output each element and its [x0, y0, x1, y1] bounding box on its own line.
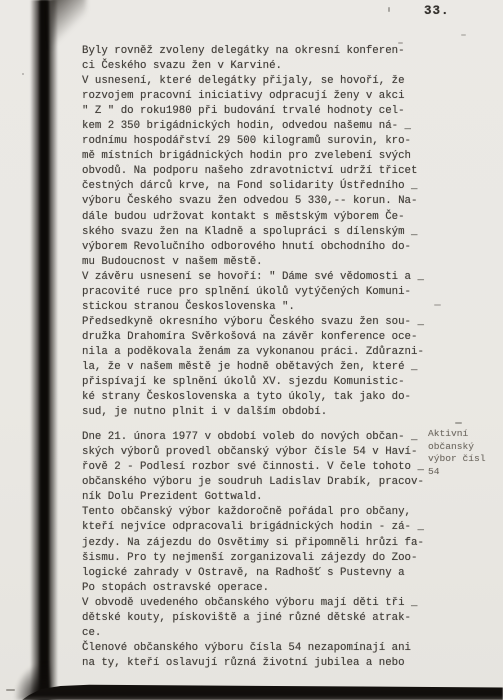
- text-line: kem 2 350 brigádnických hodin, odvedou n…: [82, 119, 434, 134]
- text-line: V závěru usnesení se hovoří: " Dáme své …: [82, 270, 434, 285]
- text-line: přispívají ke splnění úkolů XV. sjezdu K…: [82, 375, 434, 390]
- text-line: Po stopách ostravské operace.: [82, 581, 434, 596]
- text-line: rodnímu hospodářství 29 500 kilogramů su…: [82, 134, 434, 149]
- text-line: ké strany Československa a tyto úkoly, t…: [82, 390, 434, 405]
- scan-speck: [434, 304, 441, 306]
- text-line: sud, je nutno plnit i v dalším období.: [82, 405, 434, 420]
- text-line: la, že v našem městě je hodně obětavých …: [82, 360, 434, 375]
- text-line: jezdy. Na zájezdu do Osvětimy si připomn…: [82, 536, 434, 551]
- text-line: " Z " do roku1980 při budování trvalé ho…: [82, 104, 434, 119]
- text-line: ci Českého svazu žen v Karviné.: [82, 59, 434, 74]
- margin-annotation: Aktivníobčanskývýbor čísl54: [428, 428, 486, 479]
- text-line: ník Dolu Prezident Gottwald.: [82, 490, 434, 505]
- scan-speck: [461, 34, 466, 36]
- text-line: výboru Českého svazu žen odvedou 5 330,-…: [82, 194, 434, 209]
- text-line: V obvodě uvedeného občanského výboru maj…: [82, 596, 434, 611]
- binding-shadow-core: [40, 0, 49, 700]
- text-line: družka Drahomíra Svěrkošová na závěr kon…: [82, 330, 434, 345]
- text-line: dětské kouty, pískoviště a jiné různé dě…: [82, 611, 434, 626]
- binding-shadow-top-smudge: [50, 0, 86, 50]
- text-line: Členové občanského výboru čísla 54 nezap…: [82, 641, 434, 656]
- page-number: 33.: [424, 4, 450, 18]
- text-line: dále budou udržovat kontakt s městským v…: [82, 210, 434, 225]
- text-line: ce.: [82, 626, 434, 641]
- text-line: rozvojem pracovní iniciativy odpracují ž…: [82, 89, 434, 104]
- text-line: šismu. Pro ty nejmenší zorganizovali záj…: [82, 551, 434, 566]
- margin-annotation-line: občanský: [428, 441, 486, 454]
- text-line: pracovité ruce pro splnění úkolů vytýčen…: [82, 285, 434, 300]
- scan-speck: [22, 73, 24, 75]
- text-line: stickou stranou Československa ".: [82, 300, 434, 315]
- margin-annotation-line: výbor čísl: [428, 453, 486, 466]
- text-line: kteří nejvíce odpracovali brigádnických …: [82, 520, 434, 535]
- margin-annotation-line: 54: [428, 466, 486, 479]
- text-line: ských výborů provedl občanský výbor čísl…: [82, 445, 434, 460]
- scan-speck: [455, 422, 462, 424]
- scan-speck: [388, 7, 390, 12]
- text-line: Předsedkyně okresního výboru Českého sva…: [82, 315, 434, 330]
- text-line: občanského výboru je soudruh Ladislav Dr…: [82, 475, 434, 490]
- text-line: na ty, kteří oslavují různá životní jubi…: [82, 656, 434, 671]
- text-line: mu Budoucnost v našem městě.: [82, 255, 434, 270]
- typewritten-body-text: Byly rovněž zvoleny delegátky na okresní…: [82, 44, 434, 671]
- text-line: čestných dárců krve, na Fond solidarity …: [82, 179, 434, 194]
- scan-speck: [398, 42, 403, 44]
- text-line: mě místních brigádnických hodin pro zvel…: [82, 149, 434, 164]
- paragraph-block-2: Dne 21. února 1977 v období voleb do nov…: [82, 430, 434, 671]
- paragraph-block-1: Byly rovněž zvoleny delegátky na okresní…: [82, 44, 434, 420]
- text-line: řově 2 - Podlesí rozbor své činnosti. V …: [82, 460, 434, 475]
- text-line: V usnesení, které delegátky přijaly, se …: [82, 74, 434, 89]
- scan-bottom-edge-shadow: [22, 681, 503, 700]
- text-line: Tento občanský výbor každoročně pořádal …: [82, 505, 434, 520]
- margin-annotation-line: Aktivní: [428, 428, 486, 441]
- text-line: ského svazu žen na Kladně a spolupráci s…: [82, 225, 434, 240]
- scanned-document-page: 33. Byly rovněž zvoleny delegátky na okr…: [0, 0, 503, 700]
- text-line: logické zahrady v Ostravě, na Radhošť s …: [82, 566, 434, 581]
- text-line: nila a poděkovala ženám za vykonanou prá…: [82, 345, 434, 360]
- text-line: obvodů. Na podporu našeho zdravotnictví …: [82, 164, 434, 179]
- text-line: Byly rovněž zvoleny delegátky na okresní…: [82, 44, 434, 59]
- scan-speck: [6, 689, 15, 691]
- text-line: Dne 21. února 1977 v období voleb do nov…: [82, 430, 434, 445]
- text-line: výborem Revolučního odborového hnutí obc…: [82, 240, 434, 255]
